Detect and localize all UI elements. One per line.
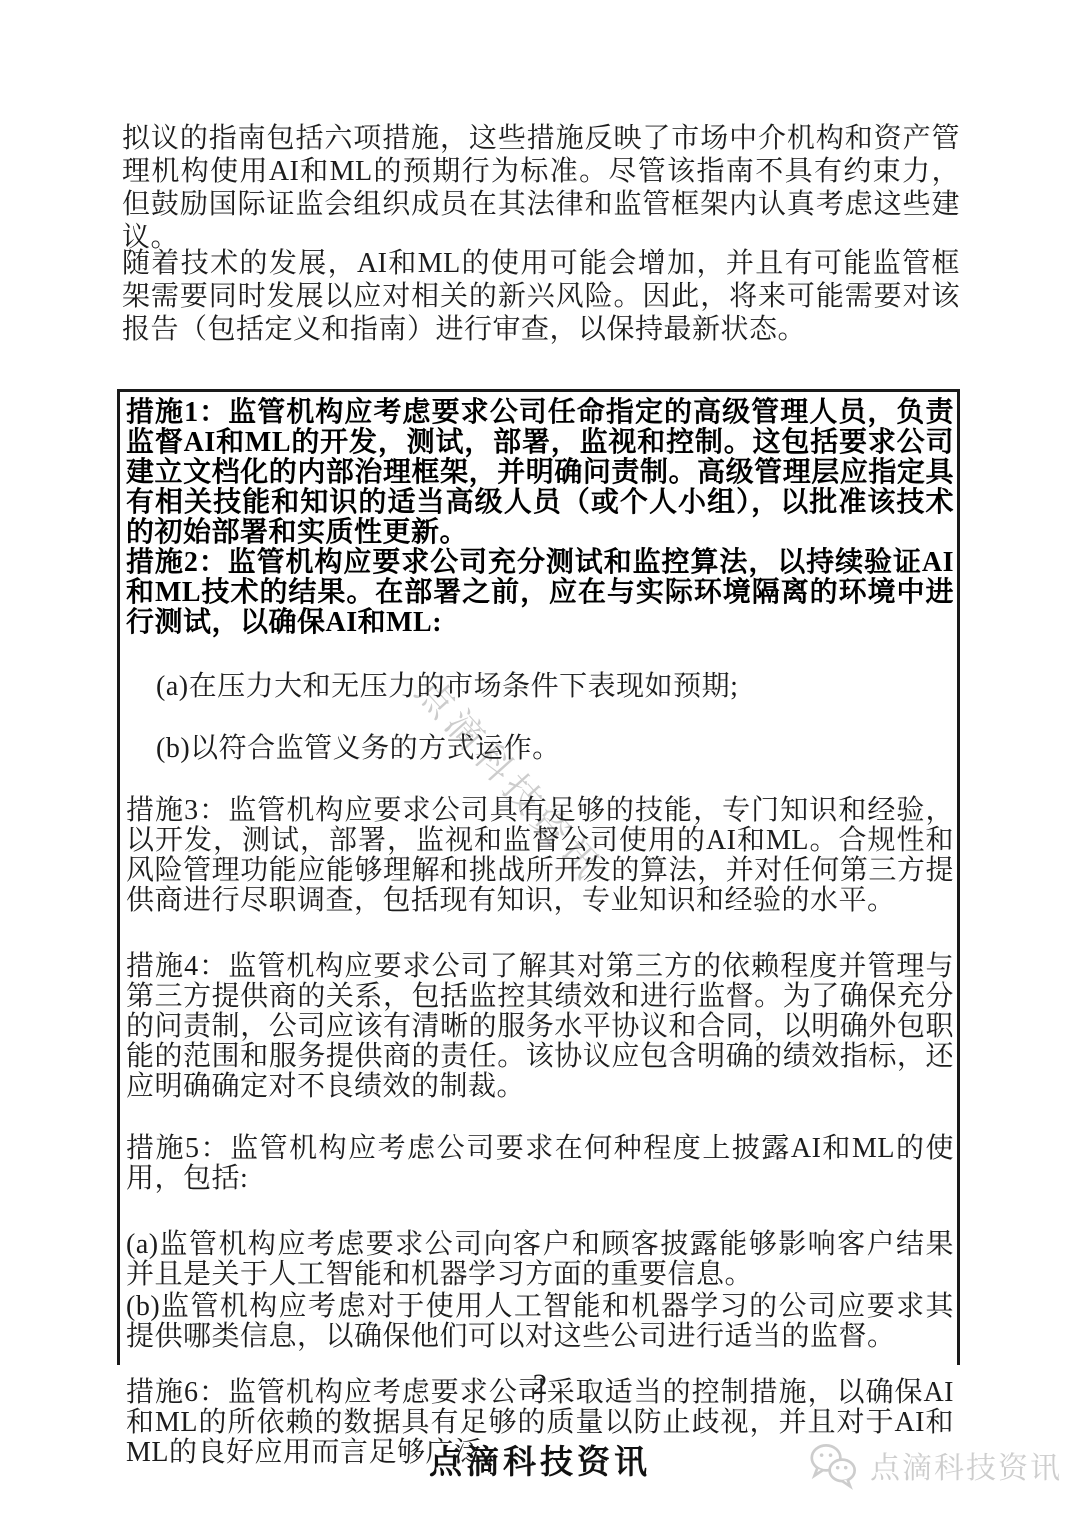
page-number: 2 bbox=[520, 1368, 560, 1402]
measure-4-paragraph: 措施4：监管机构应要求公司了解其对第三方的依赖程度并管理与第三方提供商的关系，包… bbox=[126, 952, 954, 1102]
document-page: 点滴科技资讯 拟议的指南包括六项措施，这些措施反映了市场中介机构和资产管理机构使… bbox=[0, 0, 1080, 1528]
corner-watermark: 点滴科技资讯 bbox=[808, 1440, 1062, 1490]
measure-5-item-a: (a)监管机构应考虑要求公司向客户和顾客披露能够影响客户结果并且是关于人工智能和… bbox=[126, 1230, 954, 1290]
measure-5-paragraph: 措施5：监管机构应考虑公司要求在何种程度上披露AI和ML的使用，包括: bbox=[126, 1134, 954, 1194]
corner-watermark-label: 点滴科技资讯 bbox=[870, 1443, 1062, 1487]
measure-2-item-b: (b)以符合监管义务的方式运作。 bbox=[126, 734, 954, 764]
wechat-chat-bubbles-icon bbox=[808, 1440, 862, 1490]
intro-paragraph-2: 随着技术的发展，AI和ML的使用可能会增加，并且有可能监管框架需要同时发展以应对… bbox=[122, 247, 960, 346]
measure-5-item-b: (b)监管机构应考虑对于使用人工智能和机器学习的公司应要求其提供哪类信息，以确保… bbox=[126, 1292, 954, 1352]
measure-1-paragraph: 措施1：监管机构应考虑要求公司任命指定的高级管理人员，负责监督AI和ML的开发，… bbox=[126, 398, 954, 548]
measure-3-paragraph: 措施3：监管机构应要求公司具有足够的技能，专门知识和经验，以开发，测试，部署，监… bbox=[126, 796, 954, 916]
measure-2-paragraph: 措施2：监管机构应要求公司充分测试和监控算法，以持续验证AI和ML技术的结果。在… bbox=[126, 548, 954, 638]
measure-2-item-a: (a)在压力大和无压力的市场条件下表现如预期; bbox=[126, 672, 954, 702]
measures-box: 措施1：监管机构应考虑要求公司任命指定的高级管理人员，负责监督AI和ML的开发，… bbox=[126, 398, 954, 1468]
intro-paragraph-1: 拟议的指南包括六项措施，这些措施反映了市场中介机构和资产管理机构使用AI和ML的… bbox=[122, 122, 960, 254]
